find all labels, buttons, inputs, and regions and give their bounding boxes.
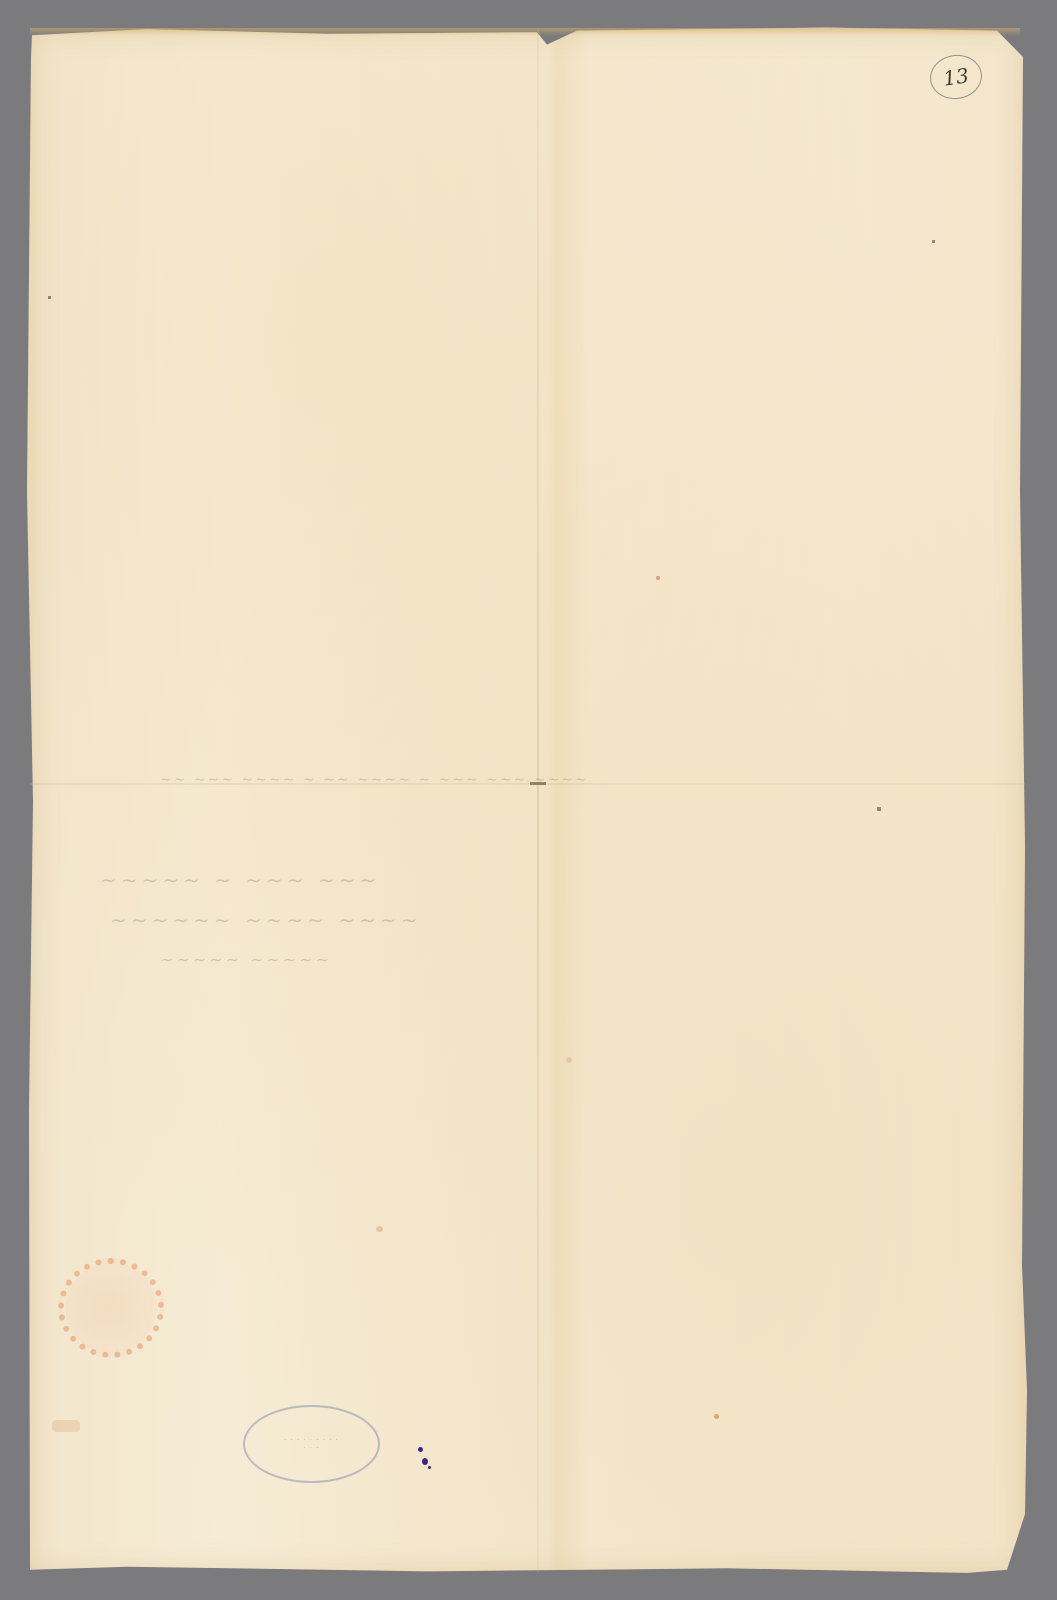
fold-mark — [530, 782, 546, 785]
stamp-text-ring: · · · · · · · · · — [284, 1436, 339, 1444]
bleed-through-signature-line-3: ∼∼∼∼∼ ∼∼∼∼∼ — [160, 950, 332, 969]
bleed-through-signature-line-2: ∼∼∼∼∼∼ ∼∼∼∼ ∼∼∼∼ — [110, 908, 421, 932]
speck — [877, 807, 881, 811]
stamp-text-center: · · · — [303, 1444, 319, 1452]
ink-blot — [428, 1466, 431, 1469]
foxing-spot — [376, 1226, 383, 1232]
ink-blot — [418, 1447, 423, 1452]
speck — [48, 296, 51, 299]
speck — [932, 240, 935, 243]
foxing-spot — [714, 1414, 719, 1419]
vertical-fold-line — [537, 28, 539, 1573]
red-archive-seal-stamp — [58, 1258, 164, 1358]
manuscript-sheet — [27, 26, 1027, 1576]
ink-blot — [422, 1458, 428, 1465]
paper-edge-stain — [30, 28, 1020, 36]
blue-oval-library-stamp: · · · · · · · · · · · · — [243, 1405, 380, 1483]
page-number: 13 — [942, 63, 971, 90]
bleed-through-signature-line-1: ∼∼∼∼∼ ∼ ∼∼∼ ∼∼∼ — [100, 868, 380, 892]
stain — [52, 1420, 80, 1432]
foxing-spot — [566, 1057, 572, 1063]
bleed-through-text-line: ∼∼ ∼∼∼ ∼∼∼∼ ∼ ∼∼ ∼∼∼∼ ∼ ∼∼∼ ∼∼∼ ∼∼∼∼ — [160, 772, 589, 788]
foxing-spot — [656, 576, 660, 580]
